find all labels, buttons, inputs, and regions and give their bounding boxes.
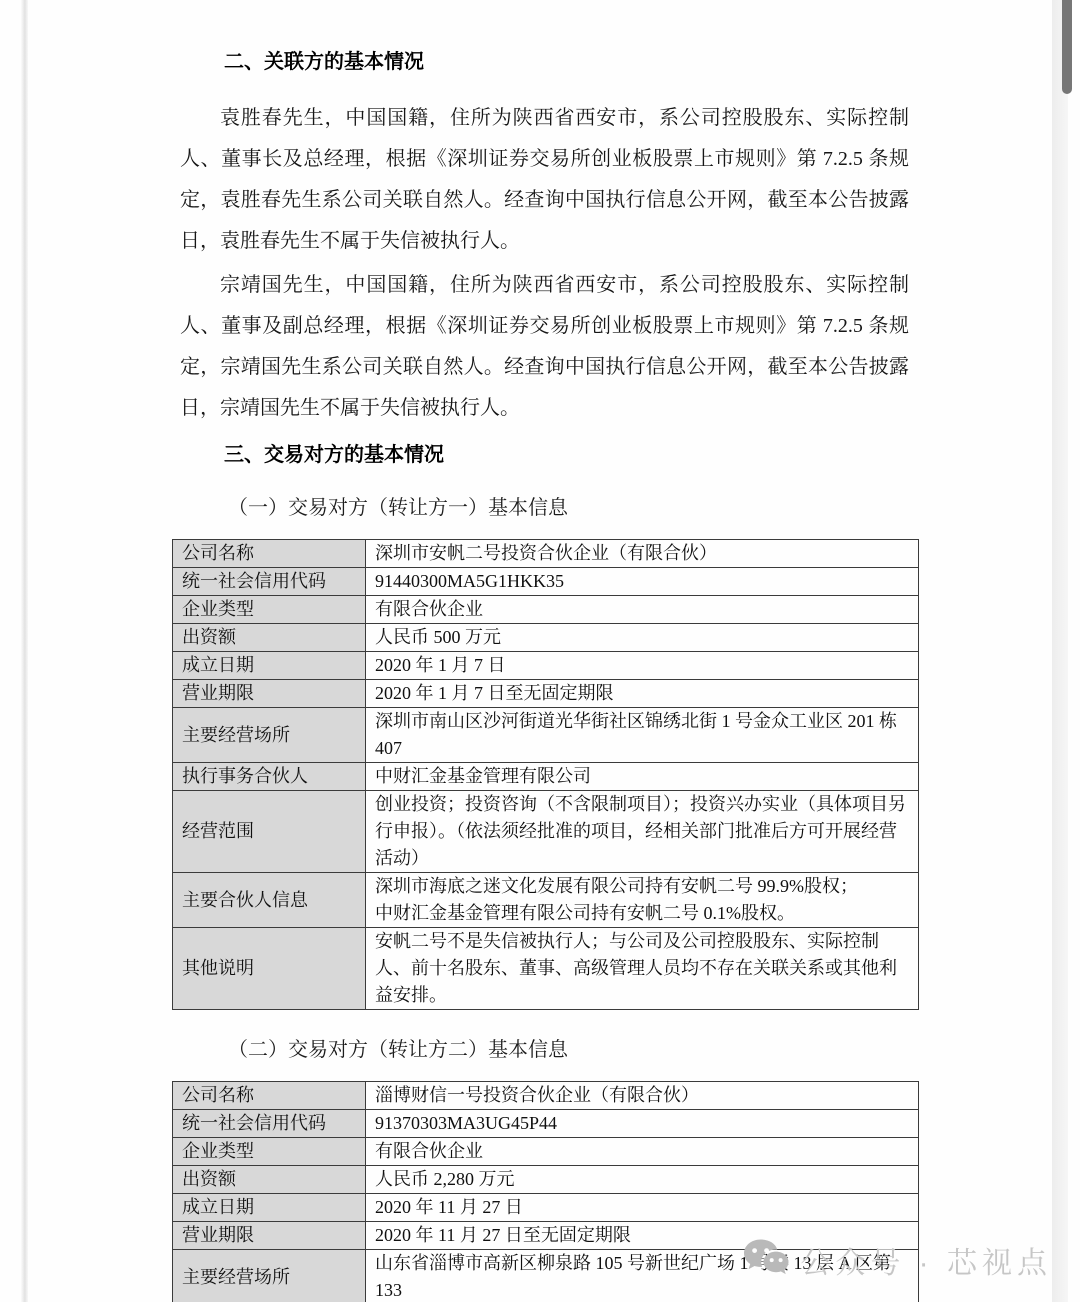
row-value: 91440300MA5G1HKK35 bbox=[366, 568, 919, 596]
table-row: 经营范围 创业投资；投资咨询（不含限制项目）；投资兴办实业（具体项目另行申报）。… bbox=[173, 791, 919, 873]
row-label: 统一社会信用代码 bbox=[173, 568, 366, 596]
table-row: 企业类型 有限合伙企业 bbox=[173, 596, 919, 624]
row-label: 出资额 bbox=[173, 1166, 366, 1194]
scrollbar-thumb[interactable] bbox=[1062, 0, 1072, 94]
row-value: 有限合伙企业 bbox=[366, 1138, 919, 1166]
row-label: 经营范围 bbox=[173, 791, 366, 873]
wechat-icon bbox=[742, 1238, 790, 1282]
table-row: 执行事务合伙人 中财汇金基金管理有限公司 bbox=[173, 763, 919, 791]
row-label: 公司名称 bbox=[173, 540, 366, 568]
row-value: 深圳市南山区沙河街道光华街社区锦绣北街 1 号金众工业区 201 栋 407 bbox=[366, 708, 919, 763]
table-row: 统一社会信用代码 91440300MA5G1HKK35 bbox=[173, 568, 919, 596]
row-label: 营业期限 bbox=[173, 1222, 366, 1250]
row-value: 深圳市安帆二号投资合伙企业（有限合伙） bbox=[366, 540, 919, 568]
scrollbar-track[interactable] bbox=[1052, 0, 1068, 1302]
table-row: 出资额 人民币 500 万元 bbox=[173, 624, 919, 652]
document-page: 二、关联方的基本情况 袁胜春先生，中国国籍，住所为陕西省西安市，系公司控股股东、… bbox=[0, 0, 1080, 1302]
row-value: 人民币 2,280 万元 bbox=[366, 1166, 919, 1194]
table-row: 营业期限 2020 年 1 月 7 日至无固定期限 bbox=[173, 680, 919, 708]
subsection-title-transferor-1: （一）交易对方（转让方一）基本信息 bbox=[172, 496, 919, 520]
row-label: 主要经营场所 bbox=[173, 708, 366, 763]
row-label: 出资额 bbox=[173, 624, 366, 652]
row-value: 安帆二号不是失信被执行人；与公司及公司控股股东、实际控制人、前十名股东、董事、高… bbox=[366, 928, 919, 1010]
paragraph-yuan-shengchun: 袁胜春先生，中国国籍，住所为陕西省西安市，系公司控股股东、实际控制人、董事长及总… bbox=[180, 98, 909, 262]
table-row: 企业类型 有限合伙企业 bbox=[173, 1138, 919, 1166]
row-label: 成立日期 bbox=[173, 652, 366, 680]
row-value: 2020 年 1 月 7 日至无固定期限 bbox=[366, 680, 919, 708]
row-label: 企业类型 bbox=[173, 1138, 366, 1166]
row-label: 主要经营场所 bbox=[173, 1250, 366, 1302]
paragraph-zong-jingguo: 宗靖国先生，中国国籍，住所为陕西省西安市，系公司控股股东、实际控制人、董事及副总… bbox=[180, 265, 909, 429]
table-row: 统一社会信用代码 91370303MA3UG45P44 bbox=[173, 1110, 919, 1138]
table-row: 主要合伙人信息 深圳市海底之迷文化发展有限公司持有安帆二号 99.9%股权； 中… bbox=[173, 873, 919, 928]
transferor-1-info-table: 公司名称 深圳市安帆二号投资合伙企业（有限合伙） 统一社会信用代码 914403… bbox=[172, 539, 919, 1010]
row-label: 执行事务合伙人 bbox=[173, 763, 366, 791]
row-value: 人民币 500 万元 bbox=[366, 624, 919, 652]
document-content: 二、关联方的基本情况 袁胜春先生，中国国籍，住所为陕西省西安市，系公司控股股东、… bbox=[172, 0, 919, 1302]
row-label: 公司名称 bbox=[173, 1082, 366, 1110]
transferor-1-table-body: 公司名称 深圳市安帆二号投资合伙企业（有限合伙） 统一社会信用代码 914403… bbox=[173, 540, 919, 1010]
section-heading-counterparties: 三、交易对方的基本情况 bbox=[172, 443, 919, 467]
watermark-text: 公众号 · 芯视点 bbox=[800, 1238, 1052, 1282]
table-row: 公司名称 深圳市安帆二号投资合伙企业（有限合伙） bbox=[173, 540, 919, 568]
section-heading-related-parties: 二、关联方的基本情况 bbox=[172, 50, 919, 74]
table-row: 其他说明 安帆二号不是失信被执行人；与公司及公司控股股东、实际控制人、前十名股东… bbox=[173, 928, 919, 1010]
row-value: 淄博财信一号投资合伙企业（有限合伙） bbox=[366, 1082, 919, 1110]
row-label: 营业期限 bbox=[173, 680, 366, 708]
page-edge-divider bbox=[21, 0, 28, 1302]
subsection-title-transferor-2: （二）交易对方（转让方二）基本信息 bbox=[172, 1038, 919, 1062]
table-row: 公司名称 淄博财信一号投资合伙企业（有限合伙） bbox=[173, 1082, 919, 1110]
row-label: 企业类型 bbox=[173, 596, 366, 624]
row-label: 统一社会信用代码 bbox=[173, 1110, 366, 1138]
table-row: 成立日期 2020 年 1 月 7 日 bbox=[173, 652, 919, 680]
row-label: 主要合伙人信息 bbox=[173, 873, 366, 928]
table-row: 成立日期 2020 年 11 月 27 日 bbox=[173, 1194, 919, 1222]
row-value: 有限合伙企业 bbox=[366, 596, 919, 624]
table-row: 出资额 人民币 2,280 万元 bbox=[173, 1166, 919, 1194]
table-row: 主要经营场所 深圳市南山区沙河街道光华街社区锦绣北街 1 号金众工业区 201 … bbox=[173, 708, 919, 763]
row-value: 深圳市海底之迷文化发展有限公司持有安帆二号 99.9%股权； 中财汇金基金管理有… bbox=[366, 873, 919, 928]
row-value: 2020 年 11 月 27 日 bbox=[366, 1194, 919, 1222]
row-label: 其他说明 bbox=[173, 928, 366, 1010]
row-value: 创业投资；投资咨询（不含限制项目）；投资兴办实业（具体项目另行申报）。（依法须经… bbox=[366, 791, 919, 873]
row-label: 成立日期 bbox=[173, 1194, 366, 1222]
row-value: 91370303MA3UG45P44 bbox=[366, 1110, 919, 1138]
row-value: 中财汇金基金管理有限公司 bbox=[366, 763, 919, 791]
row-value: 2020 年 1 月 7 日 bbox=[366, 652, 919, 680]
watermark: 公众号 · 芯视点 bbox=[742, 1238, 1052, 1282]
